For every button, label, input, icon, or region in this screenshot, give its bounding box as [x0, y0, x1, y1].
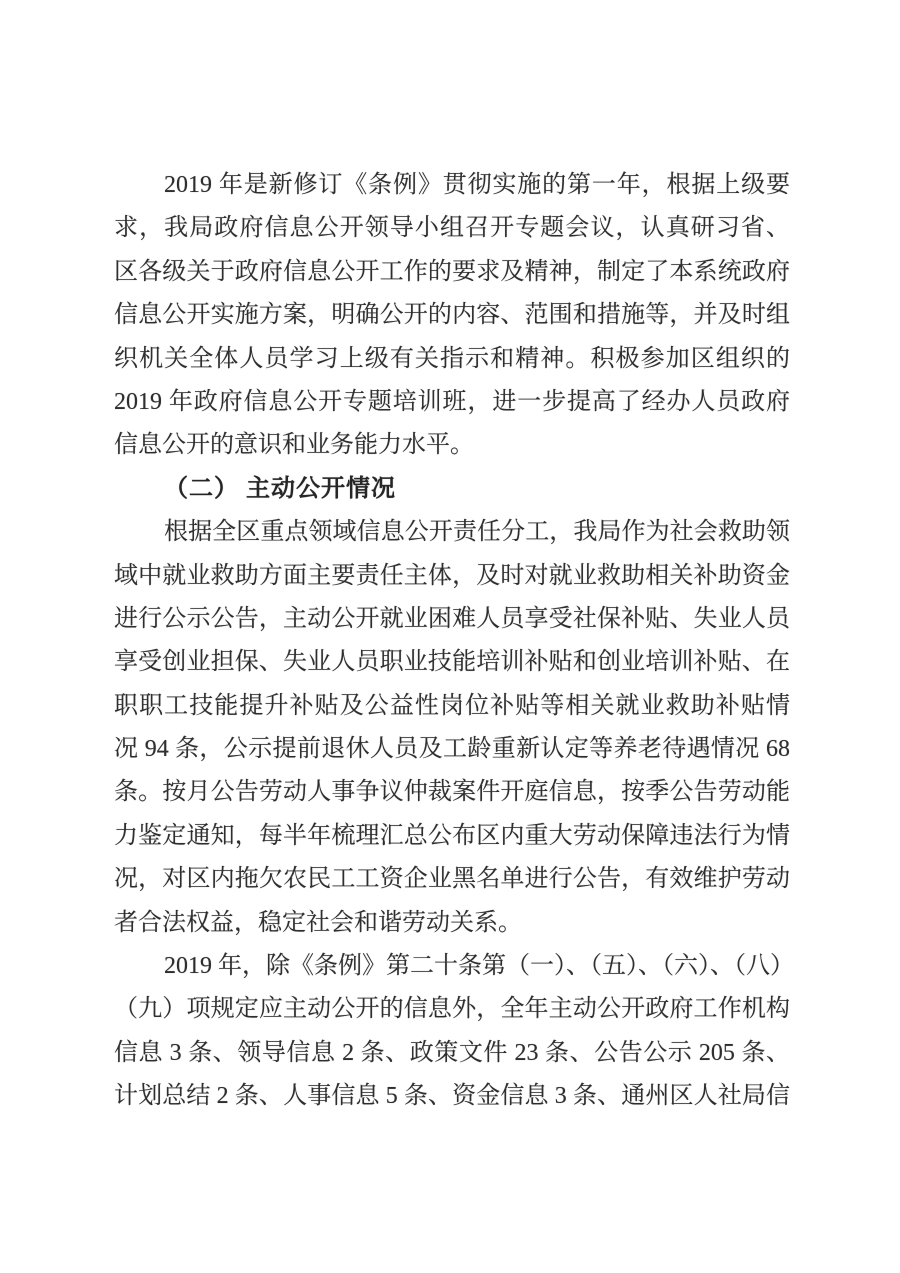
text-line: 条。按月公告劳动人事争议仲裁案件开庭信息，按季公告劳动能	[114, 771, 790, 814]
text-line: 职职工技能提升补贴及公益性岗位补贴等相关就业救助补贴情	[114, 685, 790, 728]
text-line: 信息公开实施方案，明确公开的内容、范围和措施等，并及时组	[114, 294, 790, 337]
document-body: 2019 年是新修订《条例》贯彻实施的第一年，根据上级要求，我局政府信息公开领导…	[114, 164, 790, 1119]
text-line: 织机关全体人员学习上级有关指示和精神。积极参加区组织的	[114, 338, 790, 381]
text-line: 况，对区内拖欠农民工工资企业黑名单进行公告，有效维护劳动	[114, 858, 790, 901]
text-line: 2019 年，除《条例》第二十条第（一）、（五）、（六）、（八）	[114, 945, 790, 988]
text-line: 域中就业救助方面主要责任主体，及时对就业救助相关补助资金	[114, 555, 790, 598]
text-line: （九）项规定应主动公开的信息外，全年主动公开政府工作机构	[114, 988, 790, 1031]
text-line: 计划总结 2 条、人事信息 5 条、资金信息 3 条、通州区人社局信	[114, 1075, 790, 1118]
text-line: 力鉴定通知，每半年梳理汇总公布区内重大劳动保障违法行为情	[114, 815, 790, 858]
text-line: 享受创业担保、失业人员职业技能培训补贴和创业培训补贴、在	[114, 641, 790, 684]
text-line: 2019 年政府信息公开专题培训班，进一步提高了经办人员政府	[114, 381, 790, 424]
document-page: 2019 年是新修订《条例》贯彻实施的第一年，根据上级要求，我局政府信息公开领导…	[0, 0, 900, 1273]
text-line: 者合法权益，稳定社会和谐劳动关系。	[114, 902, 790, 945]
text-line: 信息 3 条、领导信息 2 条、政策文件 23 条、公告公示 205 条、	[114, 1032, 790, 1075]
text-line: 信息公开的意识和业务能力水平。	[114, 424, 790, 467]
text-line: 区各级关于政府信息公开工作的要求及精神，制定了本系统政府	[114, 251, 790, 294]
section-heading: （二） 主动公开情况	[114, 468, 790, 511]
text-line: 况 94 条，公示提前退休人员及工龄重新认定等养老待遇情况 68	[114, 728, 790, 771]
text-line: 求，我局政府信息公开领导小组召开专题会议，认真研习省、市、	[114, 207, 790, 250]
text-line: 根据全区重点领域信息公开责任分工，我局作为社会救助领	[114, 511, 790, 554]
text-line: 进行公示公告，主动公开就业困难人员享受社保补贴、失业人员	[114, 598, 790, 641]
text-line: 2019 年是新修订《条例》贯彻实施的第一年，根据上级要	[114, 164, 790, 207]
